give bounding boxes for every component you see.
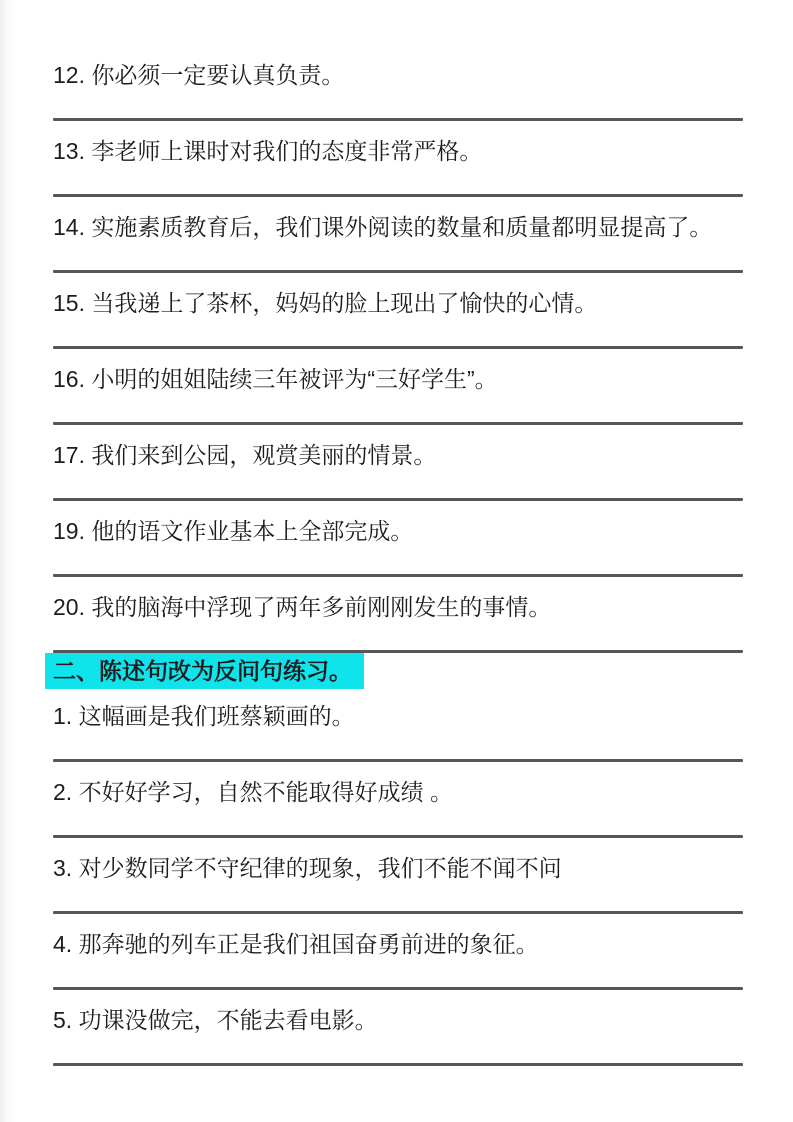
exercise-item: 15. 当我递上了茶杯，妈妈的脸上现出了愉快的心情。 — [53, 290, 743, 316]
exercise-item: 19. 他的语文作业基本上全部完成。 — [53, 518, 743, 544]
answer-line — [53, 987, 743, 990]
answer-line — [53, 911, 743, 914]
exercise-item: 20. 我的脑海中浮现了两年多前刚刚发生的事情。 — [53, 594, 743, 620]
exercise-item: 4. 那奔驰的列车正是我们祖国奋勇前进的象征。 — [53, 931, 743, 957]
exercise-item: 13. 李老师上课时对我们的态度非常严格。 — [53, 138, 743, 164]
exercise-item: 3. 对少数同学不守纪律的现象，我们不能不闻不问 — [53, 855, 743, 881]
worksheet-content: 12. 你必须一定要认真负责。 13. 李老师上课时对我们的态度非常严格。 14… — [0, 0, 793, 1066]
worksheet-page: 12. 你必须一定要认真负责。 13. 李老师上课时对我们的态度非常严格。 14… — [0, 0, 793, 1122]
answer-line — [53, 498, 743, 501]
answer-line — [53, 346, 743, 349]
section-heading-wrap: 二、陈述句改为反问句练习。 — [45, 653, 743, 689]
answer-line — [53, 759, 743, 762]
answer-line — [53, 194, 743, 197]
exercise-item: 17. 我们来到公园，观赏美丽的情景。 — [53, 442, 743, 468]
answer-line — [53, 270, 743, 273]
answer-line — [53, 118, 743, 121]
exercise-item: 5. 功课没做完，不能去看电影。 — [53, 1007, 743, 1033]
exercise-item: 12. 你必须一定要认真负责。 — [53, 62, 743, 88]
answer-line — [53, 422, 743, 425]
exercise-item: 2. 不好好学习，自然不能取得好成绩 。 — [53, 779, 743, 805]
answer-line — [53, 835, 743, 838]
section-heading: 二、陈述句改为反问句练习。 — [45, 653, 364, 689]
exercise-item: 1. 这幅画是我们班蔡颖画的。 — [53, 703, 743, 729]
answer-line — [53, 1063, 743, 1066]
answer-line — [53, 574, 743, 577]
exercise-item: 14. 实施素质教育后，我们课外阅读的数量和质量都明显提高了。 — [53, 214, 743, 240]
exercise-item: 16. 小明的姐姐陆续三年被评为“三好学生”。 — [53, 366, 743, 392]
